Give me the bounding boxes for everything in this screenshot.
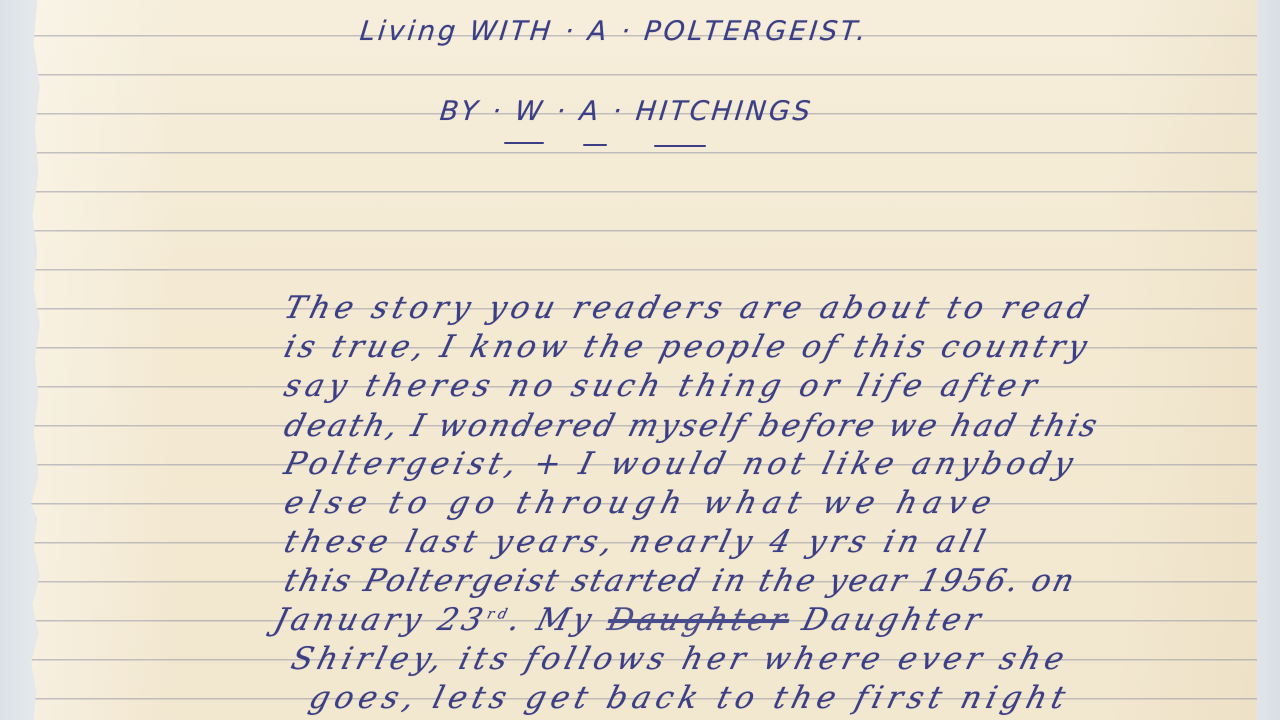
body-line-8: this Poltergeist started in the year 195…	[281, 563, 1080, 599]
byline-underline-1	[504, 142, 544, 144]
body-line-2: is true, I know the people of this count…	[281, 329, 1095, 365]
date-text: January 23	[271, 602, 491, 638]
document-title: Living WITH · A · POLTERGEIST.	[358, 16, 870, 47]
body-line-4: death, I wondered myself before we had t…	[281, 408, 1104, 444]
body-line-6: else to go through what we have	[281, 485, 1002, 521]
body-line-8-text: this Poltergeist started in the year 195…	[281, 563, 1080, 599]
body-line-5: Poltergeist, + I would not like anybody	[281, 446, 1082, 482]
byline-underline-3	[654, 145, 706, 147]
daughter-word: Daughter	[799, 602, 989, 638]
body-line-10: Shirley, its follows her where ever she	[288, 641, 1073, 677]
notebook-page: Living WITH · A · POLTERGEIST. BY · W · …	[30, 0, 1257, 720]
body-line-9: January 23rd. My Daughter Daughter	[271, 602, 989, 638]
struck-out-word: Daughter	[604, 602, 794, 638]
body-line-7: these last years, nearly 4 yrs in all	[281, 524, 994, 560]
after-date-text: . My	[505, 602, 599, 638]
document-byline: BY · W · A · HITCHINGS	[438, 96, 814, 127]
body-line-11: goes, lets get back to the first night	[306, 680, 1075, 716]
body-line-1: The story you readers are about to read	[281, 290, 1097, 326]
byline-underline-2	[583, 144, 607, 146]
body-line-3: say theres no such thing or life after	[281, 368, 1046, 404]
